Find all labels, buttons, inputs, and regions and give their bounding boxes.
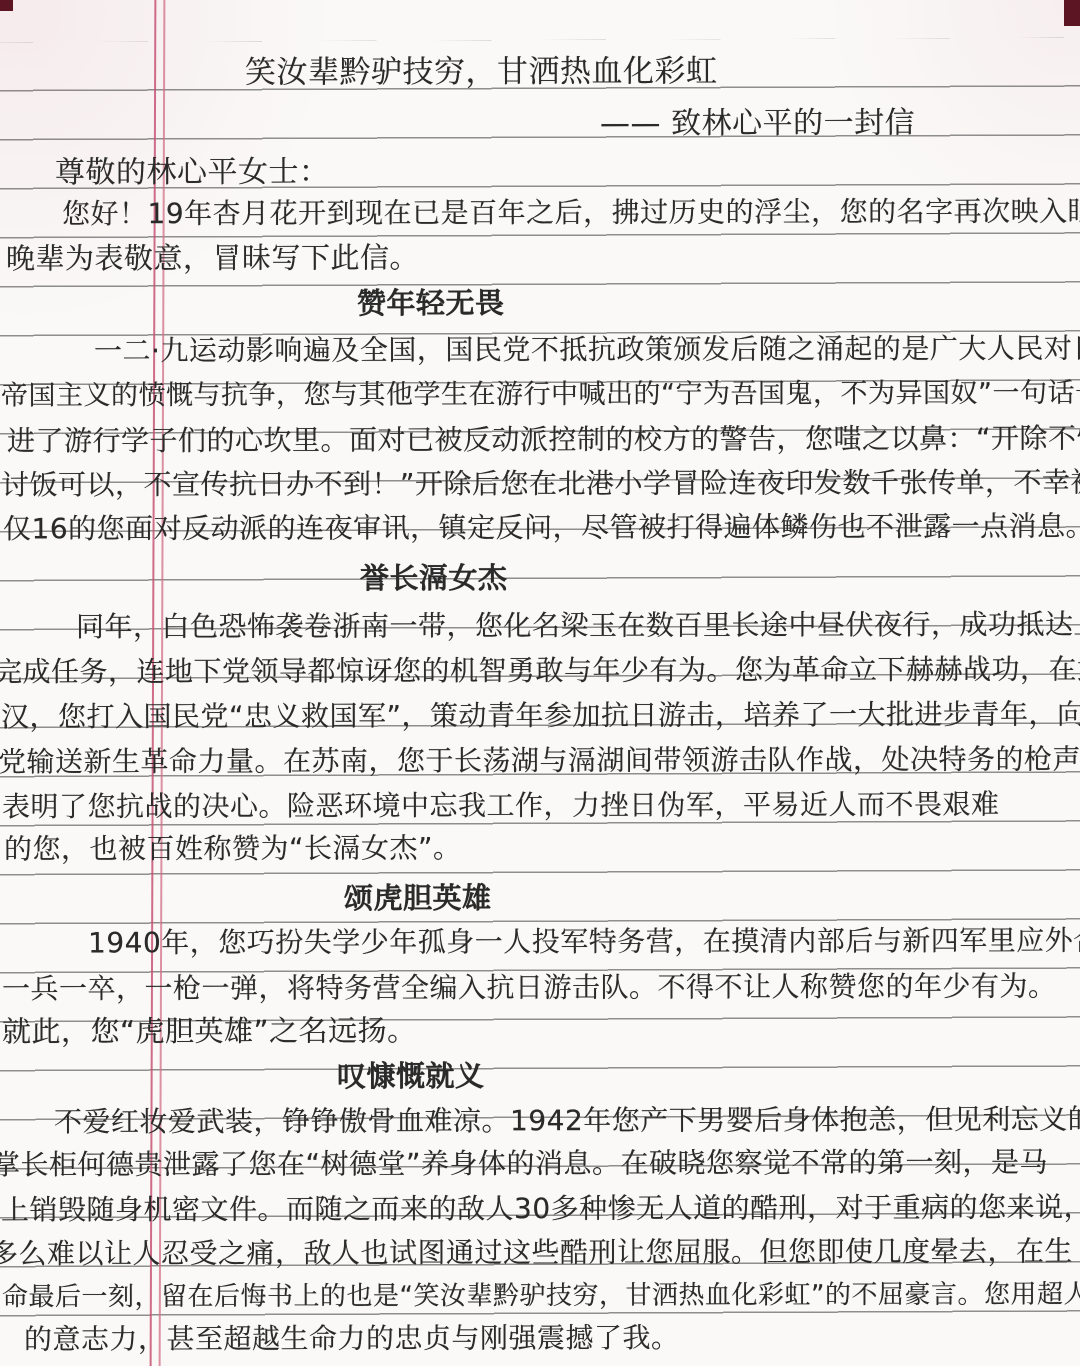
letter-subtitle: —— 致林心平的一封信 [600,98,915,143]
letter-line: 命最后一刻，留在后悔书上的也是“笑汝辈黔驴技穷，甘洒热血化彩虹”的不屈豪言。您用… [2,1274,1080,1314]
letter-title: 笑汝辈黔驴技穷，甘洒热血化彩虹 [245,45,718,91]
letter-line: 汉，您打入国民党“忠义救国军”，策动青年参加抗日游击，培养了一大批进步青年，向我 [1,693,1080,736]
scan-corner-mark [1064,0,1080,26]
letter-line: 进了游行学子们的心坎里。面对已被反动派控制的校方的警告，您嗤之以鼻：“开除不怕，… [7,416,1080,459]
letter-line: 的您，也被百姓称赞为“长滆女杰”。 [4,826,462,867]
letter-line: 一二·九运动影响遍及全国，国民党不抵抗政策颁发后随之涌起的是广大人民对日本 [94,327,1080,370]
intro-line: 晚辈为表敬意，冒昧写下此信。 [6,235,419,277]
letter-line: 就此，您“虎胆英雄”之名远扬。 [2,1008,417,1050]
letter-line: 多么难以让人忍受之痛，敌人也试图通过这些酷刑让您屈服。但您即使几度晕去，在生 [0,1230,1073,1273]
salutation: 尊敬的林心平女士： [55,147,330,192]
letter-line: 1940年，您巧扮失学少年孤身一人投军特务营，在摸清内部后与新四军里应外合，不费 [88,919,1080,962]
section-heading: 叹慷慨就义 [337,1054,485,1095]
scan-corner-mark [0,0,13,11]
letter-line: 掌长柜何德贵泄露了您在“树德堂”养身体的消息。在破晓您察觉不常的第一刻，是马 [0,1141,1048,1184]
letter-line: 讨饭可以，不宣传抗日办不到！”开除后您在北港小学冒险连夜印发数千张传单，不幸被捕… [1,460,1080,503]
letter-line: 上销毁随身机密文件。而随之而来的敌人30多种惨无人道的酷刑，对于重病的您来说，是 [1,1186,1080,1229]
section-heading: 颂虎胆英雄 [344,876,492,917]
letter-line: 一兵一卒，一枪一弹，将特务营全编入抗日游击队。不得不让人称赞您的年少有为。 [2,965,1057,1008]
intro-line: 您好！19年杏月花开到现在已是百年之后，拂过历史的浮尘，您的名字再次映入眼帘 [62,190,1080,233]
letter-line: 党输送新生革命力量。在苏南，您于长荡湖与滆湖间带领游击队作战，处决特务的枪声， [0,738,1080,781]
letter-line: 完成任务，连地下党领导都惊讶您的机智勇敢与年少有为。您为革命立下赫赫战功，在武 [0,648,1080,691]
letter-line: 仅16的您面对反动派的连夜审讯，镇定反问，尽管被打得遍体鳞伤也不泄露一点消息。 [3,505,1080,548]
letter-line: 不爱红妆爱武装，铮铮傲骨血难凉。1942年您产下男婴后身体抱恙，但见利忘义的药铺 [54,1098,1080,1141]
letter-page: 笑汝辈黔驴技穷，甘洒热血化彩虹 —— 致林心平的一封信 尊敬的林心平女士： 您好… [0,0,1080,1366]
letter-line: 表明了您抗战的决心。险恶环境中忘我工作，力挫日伪军，平易近人而不畏艰难 [2,783,1000,826]
section-heading: 誉长滆女杰 [360,556,508,597]
letter-line: 同年，白色恐怖袭卷浙南一带，您化名梁玉在数百里长途中昼伏夜行，成功抵达上海 [76,603,1080,646]
letter-line: 的意志力，甚至超越生命力的忠贞与刚强震撼了我。 [24,1316,680,1358]
letter-line: 帝国主义的愤慨与抗争，您与其他学生在游行中喊出的“宁为吾国鬼，不为异国奴”一句话… [1,370,1080,412]
section-heading: 赞年轻无畏 [357,281,505,322]
